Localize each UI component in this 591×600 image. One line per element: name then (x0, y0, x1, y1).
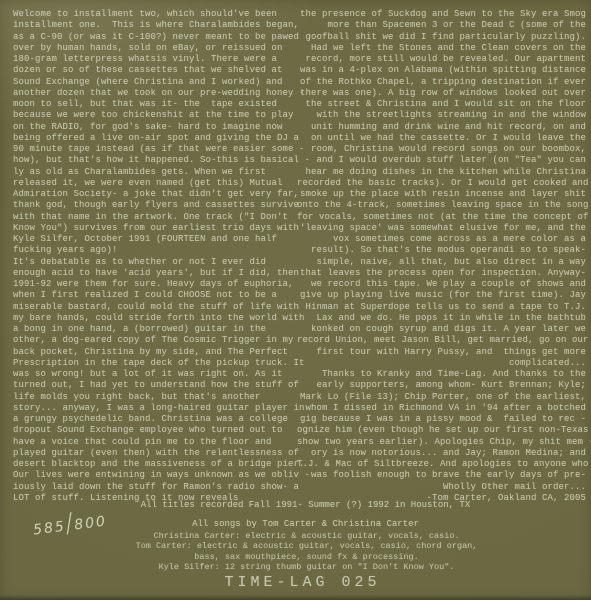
liner-notes-left-column: Welcome to installment two, which should… (13, 9, 301, 504)
recording-note: All titles recorded Fall 1991- Summer (?… (20, 500, 591, 510)
page-bottom-edge (0, 595, 591, 600)
performer-credits: Christina Carter: electric & acoustic gu… (22, 531, 591, 573)
liner-notes-page: Welcome to installment two, which should… (0, 0, 591, 600)
catalog-number: TIME-LAG 025 (14, 574, 591, 591)
liner-notes-right-column: the presence of Suckdog and Sewn to the … (297, 9, 586, 504)
